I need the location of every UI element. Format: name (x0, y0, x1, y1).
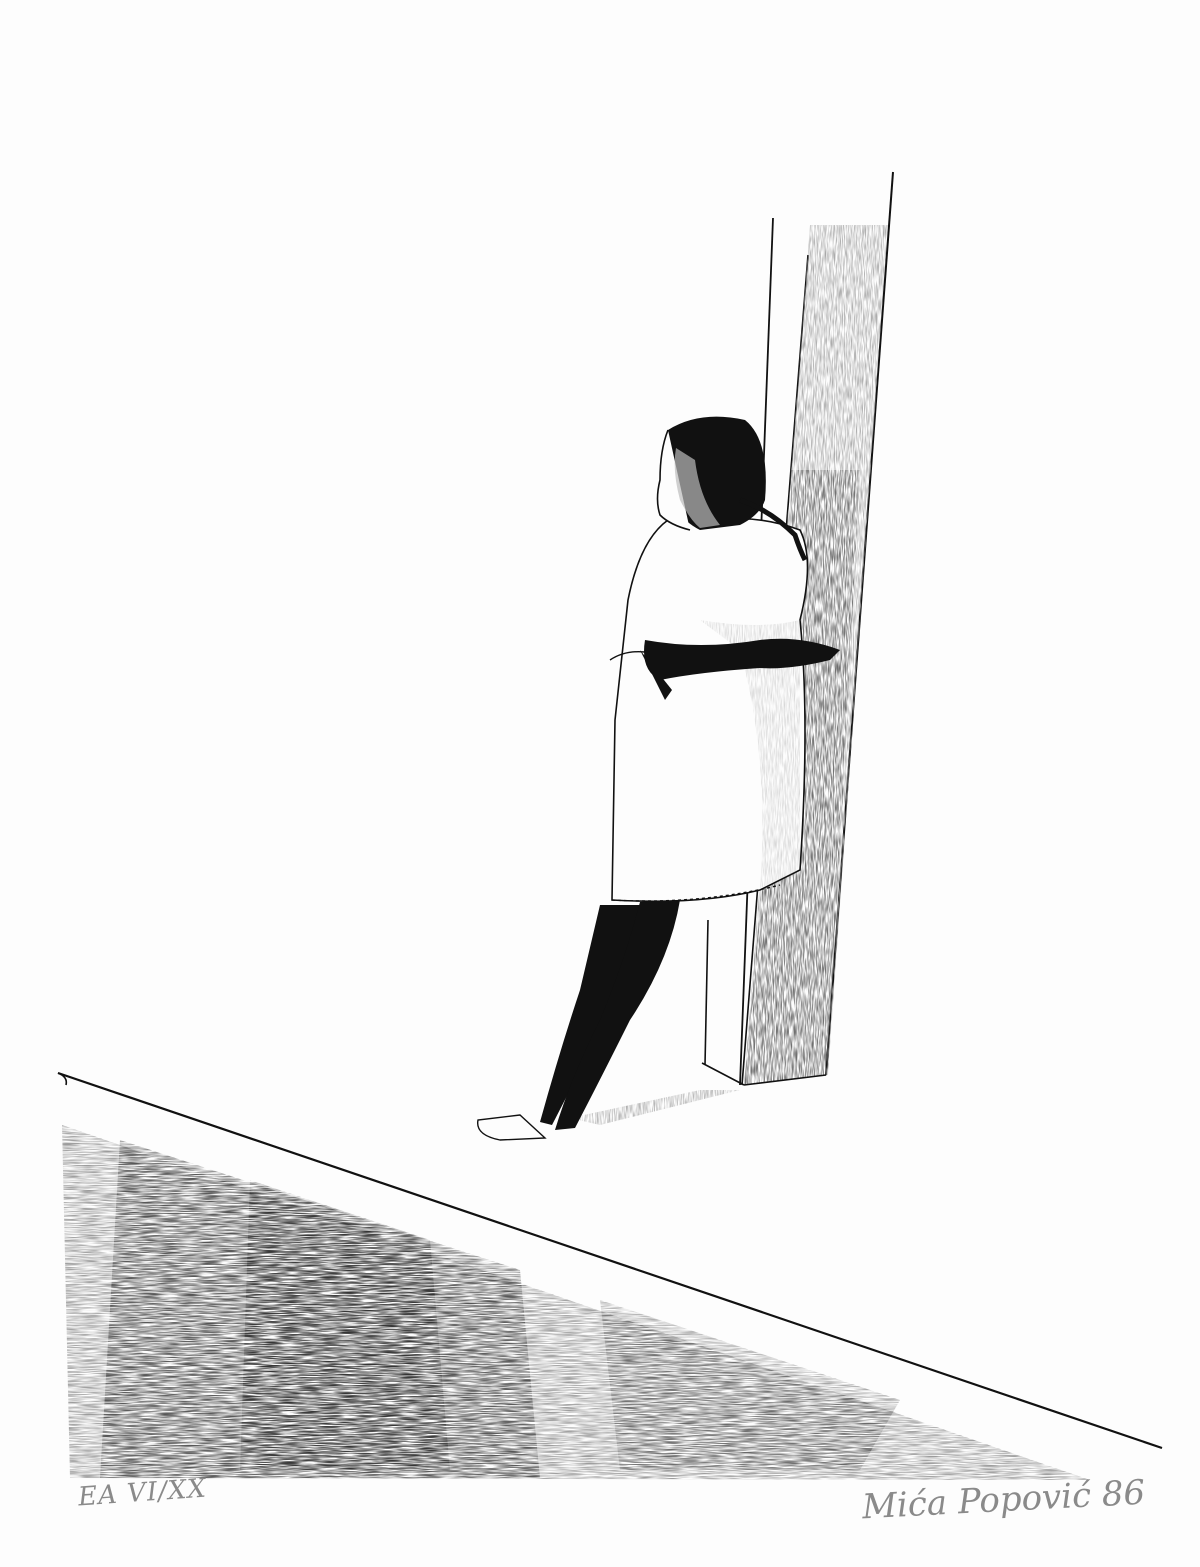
foreground-slab (62, 1125, 1090, 1480)
floor-shadow (570, 1090, 740, 1125)
artwork-canvas (0, 0, 1200, 1567)
